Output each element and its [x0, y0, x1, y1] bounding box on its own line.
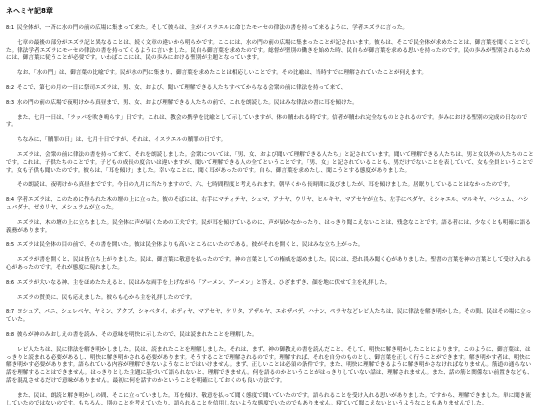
commentary-paragraph: エズラは、会衆の前に律法の書を持って来て、それを朗読しました。会衆については、「… [6, 152, 534, 175]
verse-ref: 8:2 [6, 85, 14, 91]
verse-ref: 8:1 [6, 25, 14, 31]
verse-8-2: 8:2 そこで、第七の月の一日に祭司エズラは、男、女、および、聞いて理解できる人… [6, 85, 534, 93]
commentary-paragraph: エズラの賛美に、民も応えました。彼らも心から主を礼拝したのです。 [6, 295, 534, 303]
commentary-paragraph: その朗読は、夜明けから真昼までです。今日の九月に当たりますので、六、七時間程度と… [6, 182, 534, 190]
verse-text: エズラは民全体の目の前で、その書を開いた。彼は民全体よりも高いところにいたのであ… [17, 242, 364, 248]
verse-text: そこで、第七の月の一日に祭司エズラは、男、女、および、聞いて理解できる人たちすべ… [17, 85, 346, 91]
commentary-paragraph: なお、「水の門」は、御言葉の比喩です。民が水の門に集まり、御言葉を求めたことは相… [6, 70, 534, 78]
commentary-paragraph: また、民は、朗読と解き明かしの間、そこに立っていました。耳を傾け、敬意を払って聞… [6, 393, 534, 405]
verse-text: 学者エズラは、このために作られた木の壇の上に立った。彼のそばには、右手にマティテ… [6, 197, 529, 211]
verse-text: ヨシュア、バニ、シェレベヤ、ヤミン、アクブ、シャベタイ、ホディヤ、マアセヤ、ケリ… [6, 309, 531, 323]
verse-text: エズラが大いなる神、主をほめたたえると、民はみな両手を上げながら「アーメン、アー… [17, 280, 391, 286]
verse-ref: 8:5 [6, 242, 14, 248]
commentary-paragraph: また、七月一日は、「ラッパを吹き鳴らす」日です。これは、教会の携挙を比喩として示… [6, 115, 534, 131]
page-title: ネヘミヤ記8章 [6, 7, 534, 16]
verse-ref: 8:3 [6, 100, 14, 106]
verse-text: 水の門の前の広場で夜明けから真昼まで、男、女、および理解できる人たちの前で、これ… [17, 100, 358, 106]
verse-8-7: 8:7 ヨシュア、バニ、シェレベヤ、ヤミン、アクブ、シャベタイ、ホディヤ、マアセ… [6, 309, 534, 325]
commentary-paragraph: 七章の最後の部分がエズラ記と異なることは、続く文章の違いから明らかです。ここには… [6, 40, 534, 63]
commentary-paragraph: エズラが書を開くと、民は皆立ち上がりました。民は、御言葉に敬意を払ったのです。神… [6, 257, 534, 273]
verse-8-1: 8:1 民全体が、一斉に水の門の前の広場に集まって来た。そして彼らは、主がイスラ… [6, 25, 534, 33]
verse-ref: 8:4 [6, 197, 14, 203]
verse-ref: 8:7 [6, 309, 14, 315]
verse-8-3: 8:3 水の門の前の広場で夜明けから真昼まで、男、女、および理解できる人たちの前… [6, 100, 534, 108]
verse-ref: 8:8 [6, 332, 14, 338]
verse-text: 民全体が、一斉に水の門の前の広場に集まって来た。そして彼らは、主がイスラエルに命… [17, 25, 408, 31]
verse-8-8: 8:8 彼らが神のみおしえの書を読み、その意味を明快に示したので、民は読まれたこ… [6, 332, 534, 340]
verse-text: 彼らが神のみおしえの書を読み、その意味を明快に示したので、民は読まれたことを理解… [17, 332, 258, 338]
commentary-paragraph: エズラは、木の壇の上に立ちました。民全体に声が届くための工夫です。民が耳を傾けて… [6, 220, 534, 236]
verse-8-5: 8:5 エズラは民全体の目の前で、その書を開いた。彼は民全体よりも高いところにい… [6, 242, 534, 250]
commentary-paragraph: ちなみに、「贖罪の日」は、七月十日ですが、それは、イスラエルの贖罪の日です。 [6, 137, 534, 145]
verse-8-6: 8:6 エズラが大いなる神、主をほめたたえると、民はみな両手を上げながら「アーメ… [6, 280, 534, 288]
verse-8-4: 8:4 学者エズラは、このために作られた木の壇の上に立った。彼のそばには、右手に… [6, 197, 534, 213]
verse-ref: 8:6 [6, 280, 14, 286]
commentary-paragraph: レビ人たちは、民に律法を解き明かしました。民は、読まれたことを理解しました。それ… [6, 347, 534, 386]
document-page: ネヘミヤ記8章 8:1 民全体が、一斉に水の門の前の広場に集まって来た。そして彼… [0, 0, 540, 405]
document-body: 8:1 民全体が、一斉に水の門の前の広場に集まって来た。そして彼らは、主がイスラ… [6, 25, 534, 405]
